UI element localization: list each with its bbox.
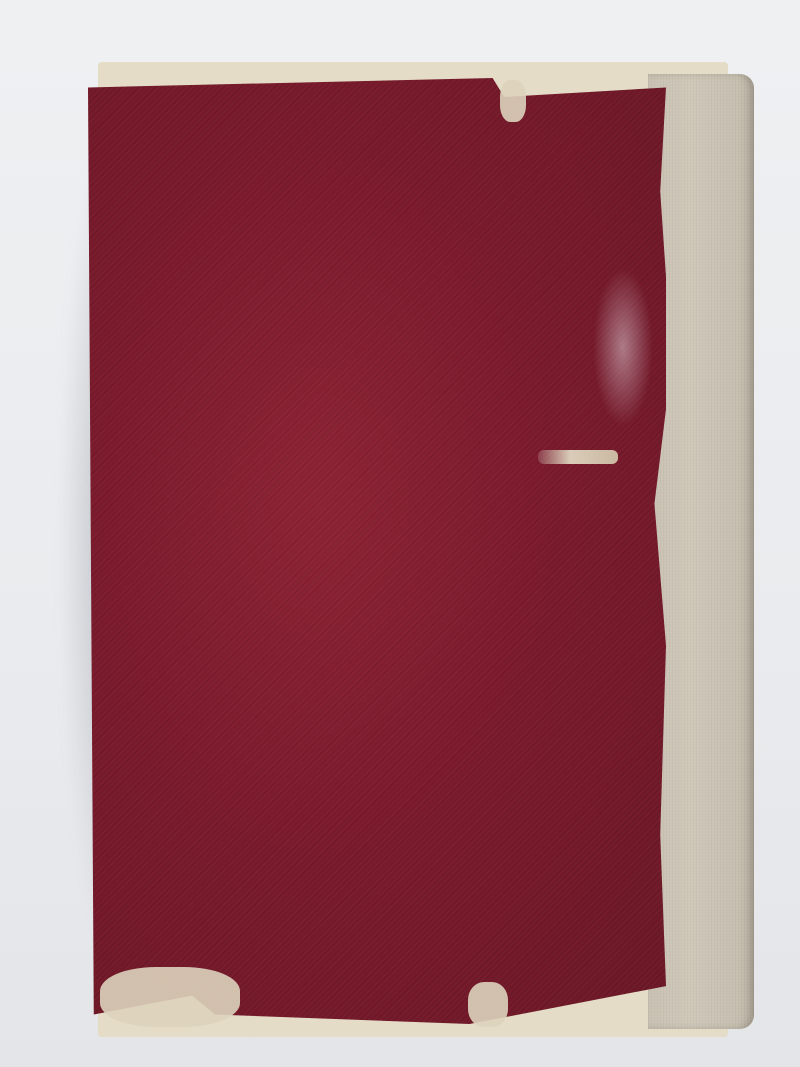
maroon-cloth-cover [88,78,666,1024]
corner-wear-top [500,80,526,122]
cloth-tear [538,450,618,464]
book [88,62,756,1037]
corner-wear-bottom-left [100,967,240,1027]
linen-spine [648,74,754,1029]
faded-patch [593,267,653,427]
corner-wear-bottom-mid [468,982,508,1027]
